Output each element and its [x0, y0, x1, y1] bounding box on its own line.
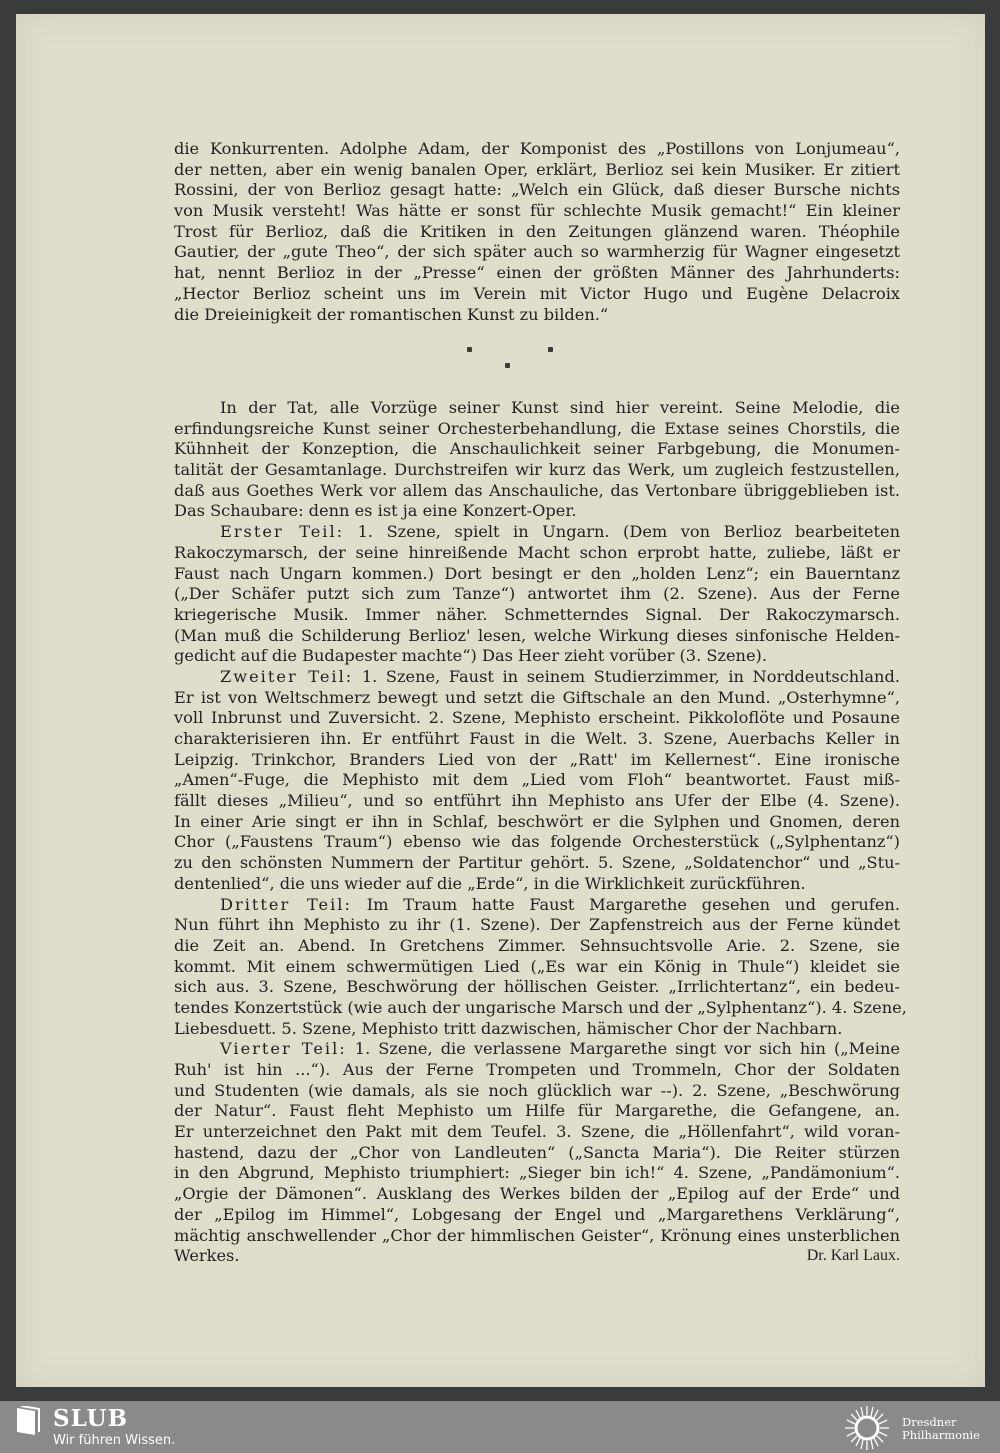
- text-line: talität der Gesamtanlage. Durchstreifen …: [174, 460, 900, 481]
- text-line: daß aus Goethes Werk vor allem das Ansch…: [174, 481, 900, 502]
- text-line: Liebesduett. 5. Szene, Mephisto tritt da…: [174, 1019, 900, 1040]
- text-line: In der Tat, alle Vorzüge seiner Kunst si…: [174, 398, 900, 419]
- book-pages-icon[interactable]: [13, 1406, 41, 1434]
- text-line: In einer Arie singt er ihn in Schlaf, be…: [174, 812, 900, 833]
- part-3-heading: Dritter Teil:: [220, 895, 352, 914]
- text-line: der netten, aber ein wenig banalen Oper,…: [174, 160, 900, 181]
- text-line: („Der Schäfer putzt sich zum Tanze“) ant…: [174, 584, 900, 605]
- final-line: Werkes. Dr. Karl Laux.: [174, 1246, 900, 1267]
- text-line: dentenlied“, die uns wieder auf die „Erd…: [174, 874, 900, 895]
- sunburst-ring-icon[interactable]: [842, 1403, 892, 1453]
- text-line: Leipzig. Trinkchor, Branders Lied von de…: [174, 750, 900, 771]
- text-line: charakterisieren ihn. Er entführt Faust …: [174, 729, 900, 750]
- text-line: tendes Konzertstück (wie auch der ungari…: [174, 998, 900, 1019]
- text-line: Er ist von Weltschmerz bewegt und setzt …: [174, 688, 900, 709]
- text-line: Werkes.: [174, 1246, 239, 1267]
- author-signature: Dr. Karl Laux.: [807, 1246, 900, 1267]
- text-line: und Studenten (wie damals, als sie noch …: [174, 1081, 900, 1102]
- text-line: mächtig anschwellender „Chor der himmlis…: [174, 1226, 900, 1247]
- text-line: von Musik versteht! Was hätte er sonst f…: [174, 201, 900, 222]
- text-line: Nun führt ihn Mephisto zu ihr (1. Szene)…: [174, 915, 900, 936]
- part-4-heading: Vierter Teil:: [220, 1039, 347, 1058]
- text-line: (Man muß die Schilderung Berlioz' lesen,…: [174, 626, 900, 647]
- text-line: fällt dieses „Milieu“, und so entführt i…: [174, 791, 900, 812]
- text-line: der „Epilog im Himmel“, Lobgesang der En…: [174, 1205, 900, 1226]
- text-line: Er unterzeichnet den Pakt mit dem Teufel…: [174, 1122, 900, 1143]
- text-line: Faust nach Ungarn kommen.) Dort besingt …: [174, 564, 900, 585]
- text-line: kommt. Mit einem schwermütigen Lied („Es…: [174, 957, 900, 978]
- text-line: Gautier, der „gute Theo“, der sich späte…: [174, 242, 900, 263]
- slub-logo-text[interactable]: SLUB: [53, 1405, 128, 1432]
- text-line: sich aus. 3. Szene, Beschwörung der höll…: [174, 977, 900, 998]
- text-line: Rakoczymarsch, der seine hinreißende Mac…: [174, 543, 900, 564]
- footer-bar: SLUB Wir führen Wissen.: [0, 1401, 1000, 1453]
- paragraph-overview: In der Tat, alle Vorzüge seiner Kunst si…: [174, 398, 900, 1267]
- part-3-first-line: Dritter Teil: Im Traum hatte Faust Marga…: [174, 895, 900, 916]
- text-line: die Konkurrenten. Adolphe Adam, der Komp…: [174, 139, 900, 160]
- text-line: hastend, dazu der „Chor von Landleuten“ …: [174, 1143, 900, 1164]
- text-line: die Zeit an. Abend. In Gretchens Zimmer.…: [174, 936, 900, 957]
- separator-dot: [505, 363, 510, 368]
- text-line: zu den schönsten Nummern der Partitur ge…: [174, 853, 900, 874]
- part-2-heading: Zweiter Teil:: [220, 667, 353, 686]
- philharmonie-logo-text[interactable]: Dresdner Philharmonie: [902, 1416, 980, 1442]
- text-line: Trost für Berlioz, daß die Kritiken in d…: [174, 222, 900, 243]
- part-4-first-line: Vierter Teil: 1. Szene, die verlassene M…: [174, 1039, 900, 1060]
- text-line: Rossini, der von Berlioz gesagt hatte: „…: [174, 180, 900, 201]
- text-line: „Amen“-Fuge, die Mephisto mit dem „Lied …: [174, 770, 900, 791]
- text-line: in den Abgrund, Mephisto triumphiert: „S…: [174, 1163, 900, 1184]
- paragraph-intro: die Konkurrenten. Adolphe Adam, der Komp…: [174, 139, 900, 325]
- text-line: Kühnheit der Konzeption, die Anschaulich…: [174, 439, 900, 460]
- slub-tagline: Wir führen Wissen.: [53, 1433, 175, 1448]
- text-line: Ruh' ist hin ...“). Aus der Ferne Trompe…: [174, 1060, 900, 1081]
- part-2-first-line: Zweiter Teil: 1. Szene, Faust in seinem …: [174, 667, 900, 688]
- text-line: hat, nennt Berlioz in der „Presse“ einen…: [174, 263, 900, 284]
- text-line: der Natur“. Faust fleht Mephisto um Hilf…: [174, 1101, 900, 1122]
- part-1-heading: Erster Teil:: [220, 522, 344, 541]
- text-line: „Orgie der Dämonen“. Ausklang des Werkes…: [174, 1184, 900, 1205]
- text-line: Chor („Faustens Traum“) ebenso wie das f…: [174, 832, 900, 853]
- separator-dot: [467, 347, 472, 352]
- text-line: die Dreieinigkeit der romantischen Kunst…: [174, 305, 900, 326]
- text-line: voll Inbrunst und Zuversicht. 2. Szene, …: [174, 708, 900, 729]
- text-line: erfindungsreiche Kunst seiner Orchesterb…: [174, 419, 900, 440]
- text-line: gedicht auf die Budapester machte“) Das …: [174, 646, 900, 667]
- text-line: „Hector Berlioz scheint uns im Verein mi…: [174, 284, 900, 305]
- text-line: Das Schaubare: denn es ist ja eine Konze…: [174, 501, 900, 522]
- part-1-first-line: Erster Teil: 1. Szene, spielt in Ungarn.…: [174, 522, 900, 543]
- text-line: kriegerische Musik. Immer näher. Schmett…: [174, 605, 900, 626]
- separator-dot: [548, 347, 553, 352]
